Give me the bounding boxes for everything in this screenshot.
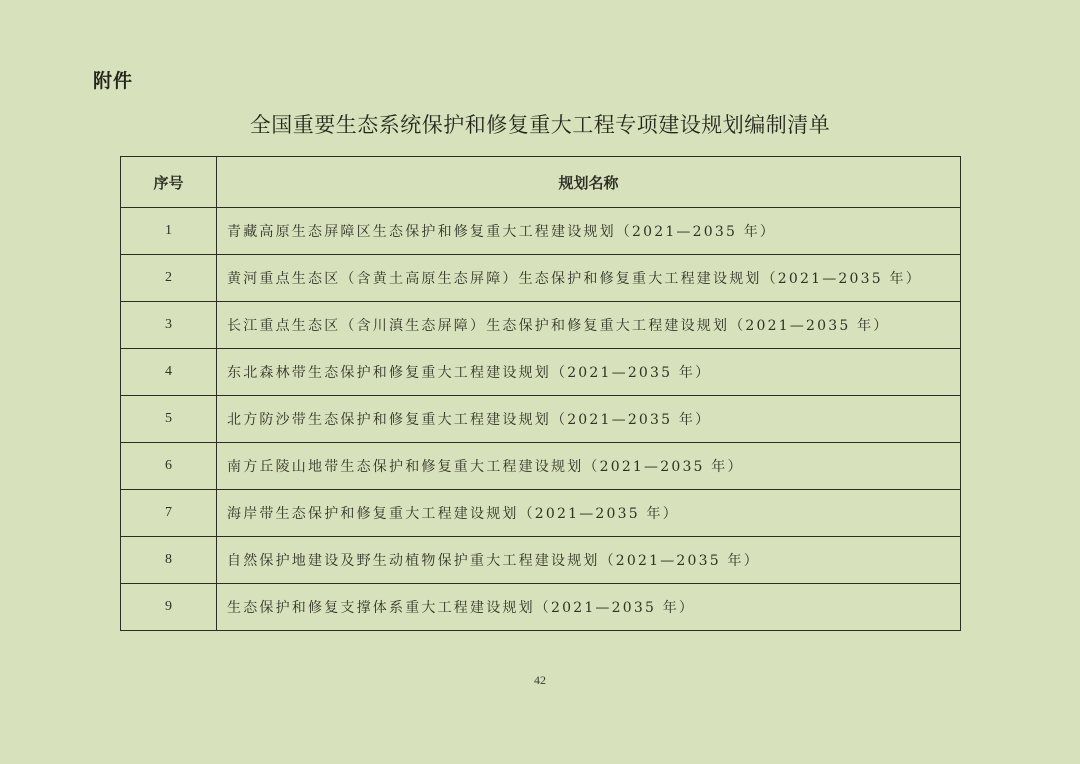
row-plan-name: 南方丘陵山地带生态保护和修复重大工程建设规划（2021—2035 年） <box>217 443 961 490</box>
row-serial-number: 1 <box>121 208 217 255</box>
table-row: 1 青藏高原生态屏障区生态保护和修复重大工程建设规划（2021—2035 年） <box>121 208 961 255</box>
row-serial-number: 6 <box>121 443 217 490</box>
row-plan-name: 北方防沙带生态保护和修复重大工程建设规划（2021—2035 年） <box>217 396 961 443</box>
row-serial-number: 2 <box>121 255 217 302</box>
row-serial-number: 8 <box>121 537 217 584</box>
table-row: 2 黄河重点生态区（含黄土高原生态屏障）生态保护和修复重大工程建设规划（2021… <box>121 255 961 302</box>
table-row: 8 自然保护地建设及野生动植物保护重大工程建设规划（2021—2035 年） <box>121 537 961 584</box>
row-plan-name: 青藏高原生态屏障区生态保护和修复重大工程建设规划（2021—2035 年） <box>217 208 961 255</box>
table-row: 5 北方防沙带生态保护和修复重大工程建设规划（2021—2035 年） <box>121 396 961 443</box>
document-title: 全国重要生态系统保护和修复重大工程专项建设规划编制清单 <box>0 109 1080 139</box>
row-serial-number: 3 <box>121 302 217 349</box>
row-serial-number: 7 <box>121 490 217 537</box>
plan-list-table: 序号 规划名称 1 青藏高原生态屏障区生态保护和修复重大工程建设规划（2021—… <box>120 156 961 631</box>
table-row: 3 长江重点生态区（含川滇生态屏障）生态保护和修复重大工程建设规划（2021—2… <box>121 302 961 349</box>
row-plan-name: 自然保护地建设及野生动植物保护重大工程建设规划（2021—2035 年） <box>217 537 961 584</box>
table-row: 7 海岸带生态保护和修复重大工程建设规划（2021—2035 年） <box>121 490 961 537</box>
row-plan-name: 东北森林带生态保护和修复重大工程建设规划（2021—2035 年） <box>217 349 961 396</box>
row-plan-name: 黄河重点生态区（含黄土高原生态屏障）生态保护和修复重大工程建设规划（2021—2… <box>217 255 961 302</box>
row-plan-name: 海岸带生态保护和修复重大工程建设规划（2021—2035 年） <box>217 490 961 537</box>
page-number: 42 <box>0 673 1080 688</box>
row-serial-number: 4 <box>121 349 217 396</box>
table-row: 6 南方丘陵山地带生态保护和修复重大工程建设规划（2021—2035 年） <box>121 443 961 490</box>
row-serial-number: 9 <box>121 584 217 631</box>
attachment-label: 附件 <box>93 66 133 93</box>
header-serial-number: 序号 <box>121 157 217 208</box>
table-row: 4 东北森林带生态保护和修复重大工程建设规划（2021—2035 年） <box>121 349 961 396</box>
row-serial-number: 5 <box>121 396 217 443</box>
table-header-row: 序号 规划名称 <box>121 157 961 208</box>
header-plan-name: 规划名称 <box>217 157 961 208</box>
row-plan-name: 长江重点生态区（含川滇生态屏障）生态保护和修复重大工程建设规划（2021—203… <box>217 302 961 349</box>
table-row: 9 生态保护和修复支撑体系重大工程建设规划（2021—2035 年） <box>121 584 961 631</box>
row-plan-name: 生态保护和修复支撑体系重大工程建设规划（2021—2035 年） <box>217 584 961 631</box>
